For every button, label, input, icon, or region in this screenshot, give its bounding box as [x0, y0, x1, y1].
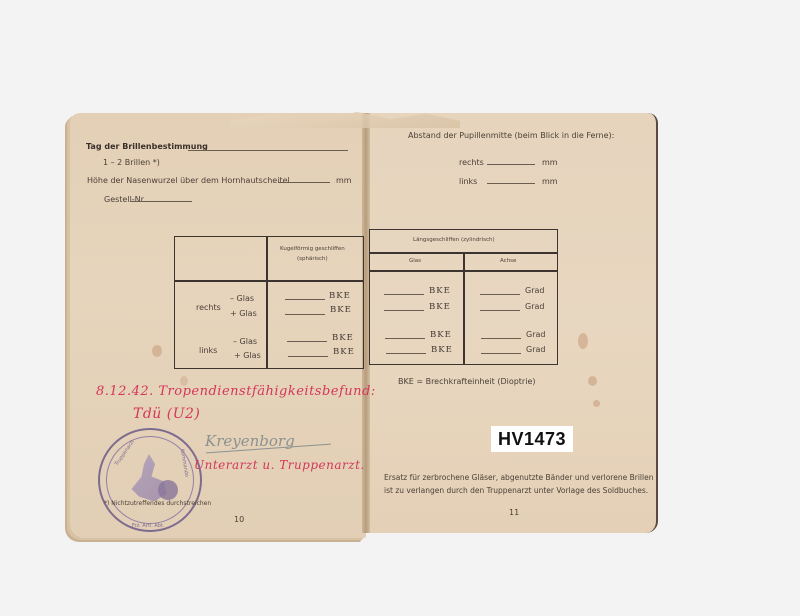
nose-height-field-line [278, 182, 330, 183]
sph-field-line [285, 299, 325, 300]
sph-unit: BKE [333, 347, 355, 357]
links-unit: mm [542, 177, 558, 186]
col-glass-header: Glas [409, 258, 421, 264]
stamp-bottom-text: Frz. Artl. Abt. [132, 523, 165, 529]
stain [593, 400, 600, 407]
cyl-unit: BKE [431, 345, 453, 355]
links-field-line [487, 183, 535, 184]
col-spherical-subheader: (sphärisch) [297, 256, 328, 262]
table-divider [266, 236, 268, 369]
row-sign: + Glas [234, 351, 261, 360]
sph-unit: BKE [329, 291, 351, 301]
axis-unit: Grad [525, 302, 544, 311]
page-number-right: 11 [509, 508, 519, 517]
cyl-field-line [384, 294, 424, 295]
sph-unit: BKE [332, 333, 354, 343]
wreath-emblem-icon [158, 480, 178, 500]
cyl-field-line [386, 353, 426, 354]
col-axis-header: Achse [500, 258, 516, 264]
axis-field-line [480, 310, 520, 311]
handwritten-title: Unterarzt u. Truppenarzt. [194, 458, 365, 472]
table-header-divider [174, 280, 364, 282]
links-label: links [459, 177, 477, 186]
soldbuch-spread: Tag der Brillenbestimmung 1 – 2 Brillen … [0, 0, 800, 616]
bke-legend: BKE = Brechkrafteinheit (Dioptrie) [398, 377, 535, 386]
axis-unit: Grad [525, 286, 544, 295]
cyl-unit: BKE [429, 286, 451, 296]
eye-links: links [199, 346, 217, 355]
sph-unit: BKE [330, 305, 352, 315]
axis-field-line [480, 294, 520, 295]
col-cylindrical-header: Längsgeschliffen (zylindrisch) [413, 237, 495, 243]
date-field-line [188, 150, 348, 151]
pupil-distance-label: Abstand der Pupillenmitte (beim Blick in… [408, 131, 614, 140]
replacement-note-line2: ist zu verlangen durch den Truppenarzt u… [384, 486, 648, 495]
cyl-field-line [385, 338, 425, 339]
col-spherical-header: Kugelförmig geschliffen [280, 246, 345, 252]
stain [152, 345, 162, 357]
inventory-number: HV1473 [498, 429, 566, 450]
row-sign: + Glas [230, 309, 257, 318]
axis-field-line [481, 353, 521, 354]
axis-field-line [481, 338, 521, 339]
axis-unit: Grad [526, 345, 545, 354]
handwritten-classification: Tdü (U2) [133, 406, 200, 422]
nose-height-label: Höhe der Nasenwurzel über dem Hornhautsc… [87, 176, 290, 185]
frame-number-label: Gestell-Nr. [104, 195, 146, 204]
handwritten-fitness-finding: 8.12.42. Tropendienstfähigkeitsbefund: [96, 384, 376, 399]
sph-field-line [285, 314, 325, 315]
rechts-field-line [487, 164, 535, 165]
glasses-count-label: 1 – 2 Brillen *) [103, 158, 160, 167]
sph-field-line [287, 341, 327, 342]
replacement-note-line1: Ersatz für zerbrochene Gläser, abgenutzt… [384, 473, 653, 482]
axis-unit: Grad [526, 330, 545, 339]
cyl-unit: BKE [429, 302, 451, 312]
cyl-unit: BKE [430, 330, 452, 340]
rechts-unit: mm [542, 158, 558, 167]
row-sign: – Glas [233, 337, 257, 346]
stain [578, 333, 588, 349]
nose-height-unit: mm [336, 176, 352, 185]
table-divider-right [463, 252, 465, 365]
footnote: *) Nichtzutreffendes durchstreichen [104, 500, 211, 507]
sph-field-line [288, 356, 328, 357]
eye-rechts: rechts [196, 303, 221, 312]
page-number-left: 10 [234, 515, 244, 524]
official-stamp: Truppenarzt Kommando Frz. Artl. Abt. [98, 428, 202, 532]
inventory-label: HV1473 [491, 426, 573, 452]
stain [588, 376, 597, 386]
rechts-label: rechts [459, 158, 484, 167]
cyl-field-line [384, 310, 424, 311]
row-sign: – Glas [230, 294, 254, 303]
frame-number-field-line [130, 201, 192, 202]
